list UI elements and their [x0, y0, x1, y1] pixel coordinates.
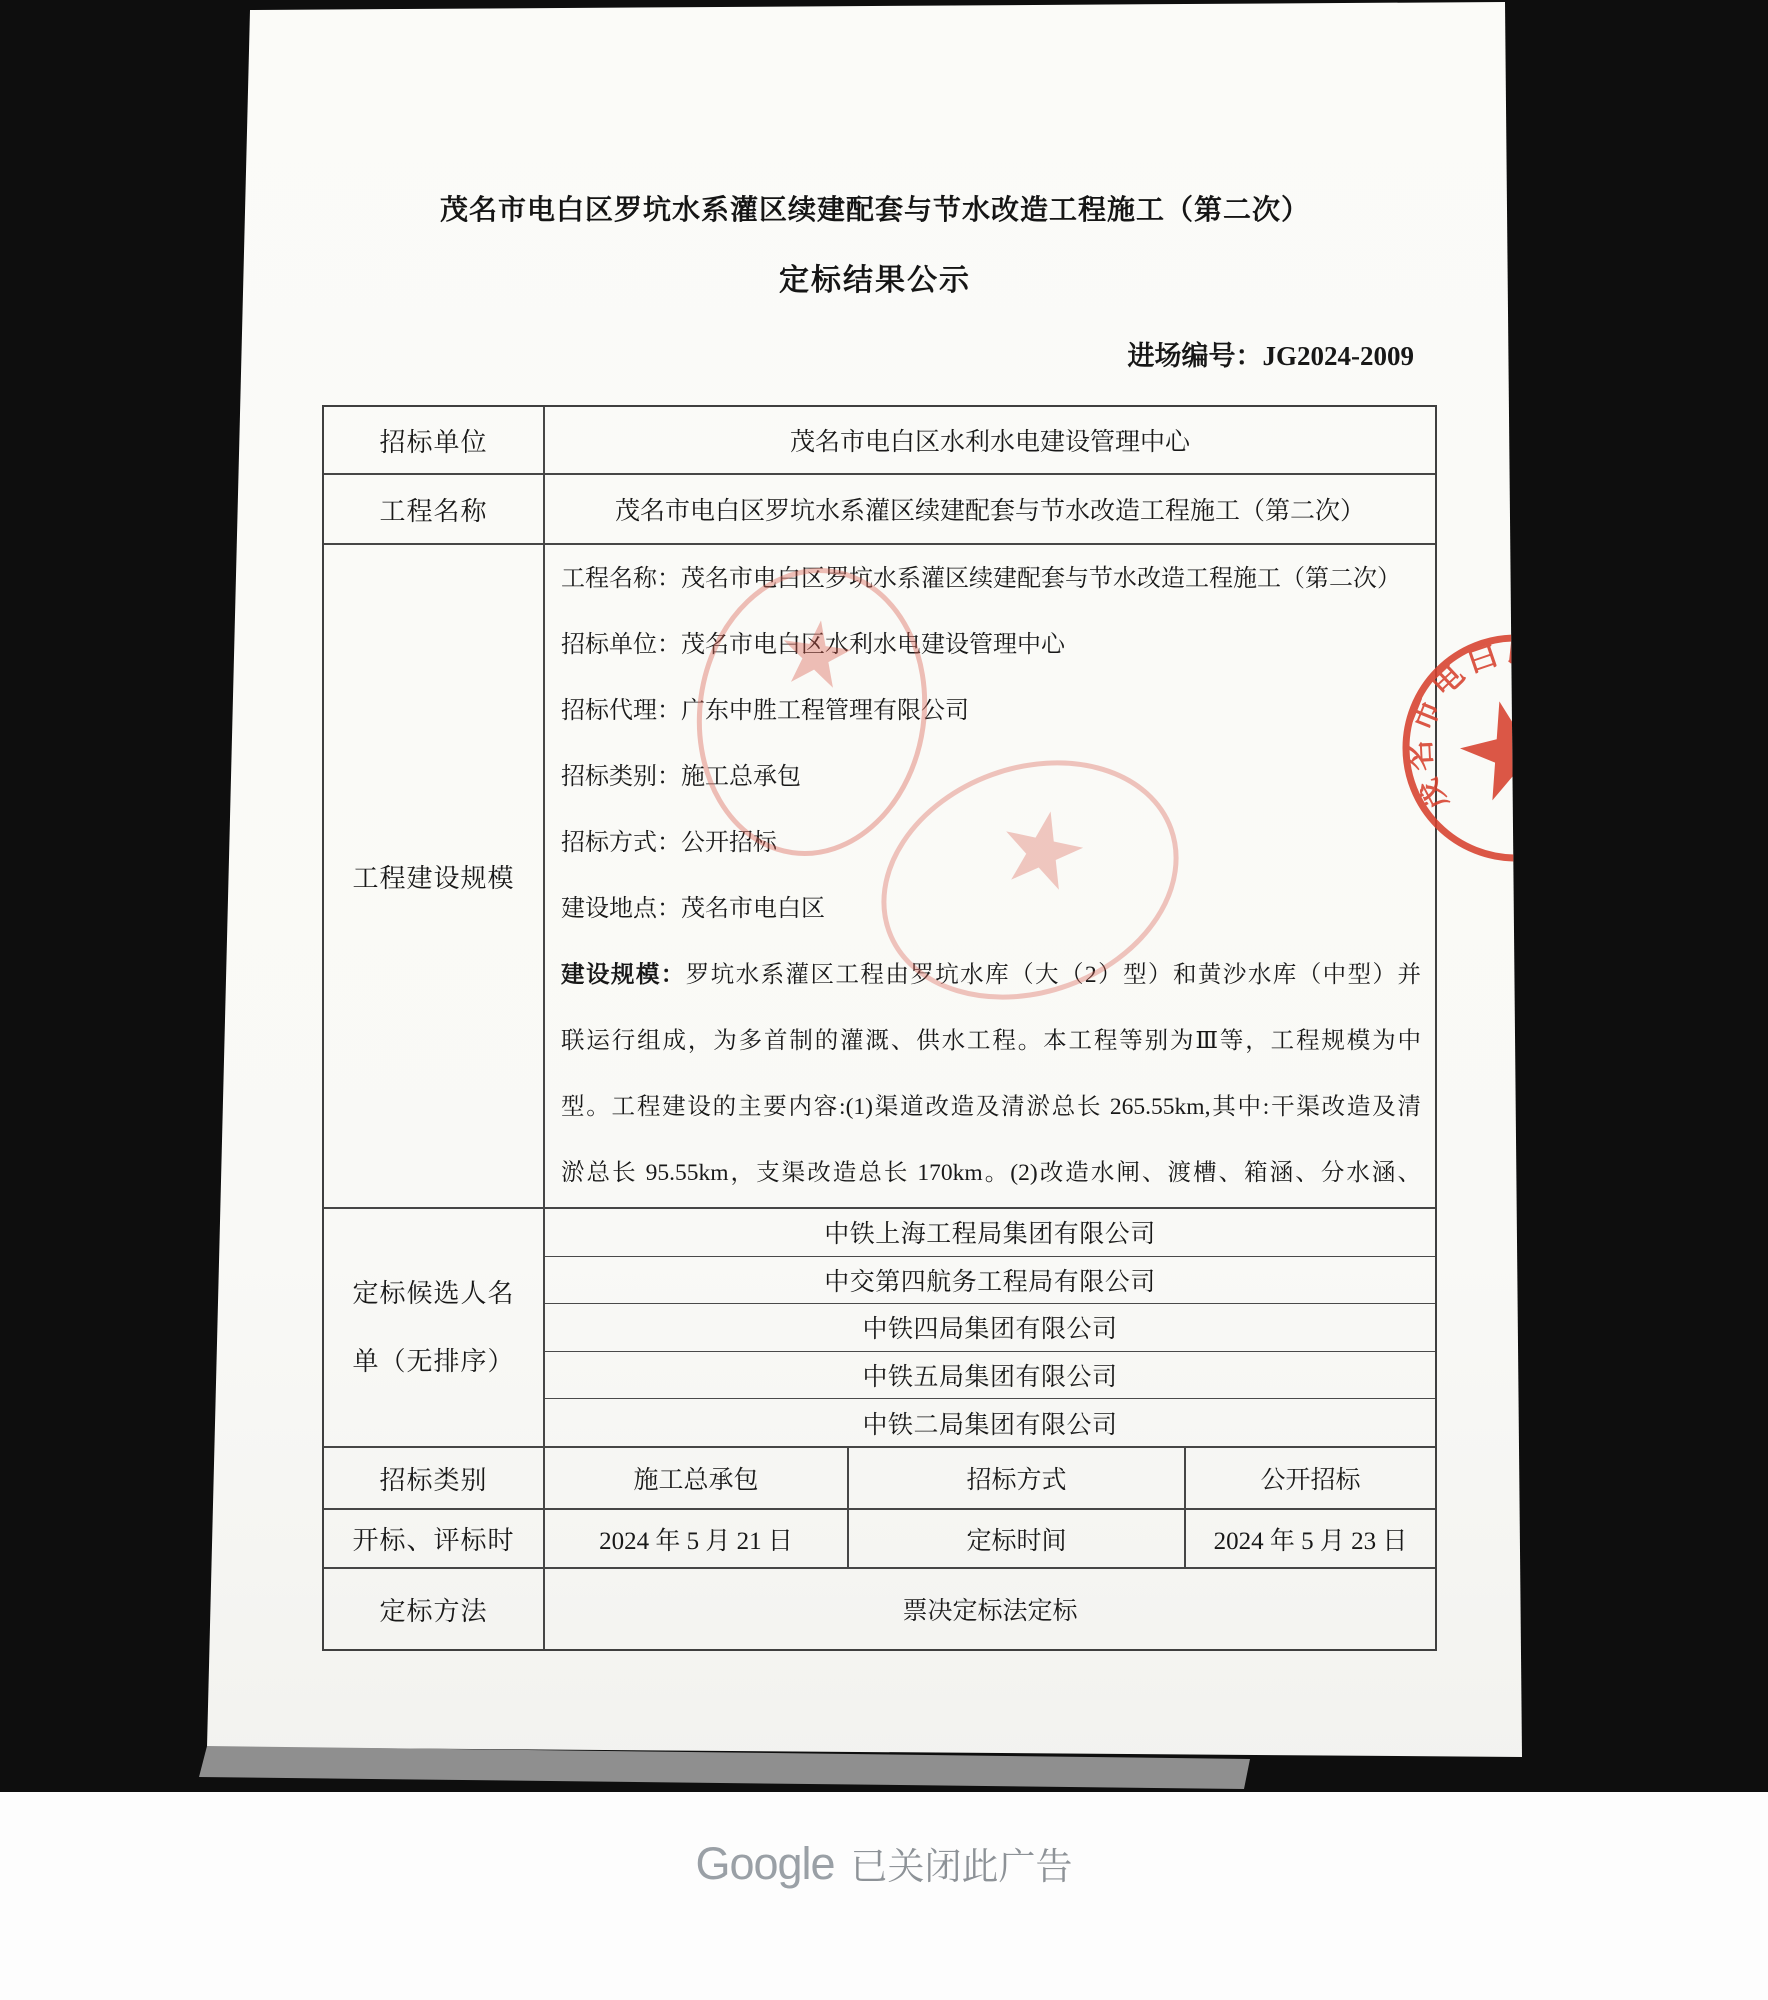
scale-paragraph-line: 建设规模：罗坑水系灌区工程由罗坑水库（大（2）型）和黄沙水库（中型）并	[561, 942, 1421, 1008]
scale-details: 工程名称：茂名市电白区罗坑水系灌区续建配套与节水改造工程施工（第二次） 招标单位…	[543, 545, 1435, 1207]
ad-closed-notice: Google 已关闭此广告	[0, 1836, 1768, 1906]
scale-info-line: 工程名称：茂名市电白区罗坑水系灌区续建配套与节水改造工程施工（第二次）	[561, 546, 1421, 612]
award-date-label: 定标时间	[847, 1510, 1184, 1567]
scale-info-line: 招标类别：施工总承包	[561, 744, 1421, 810]
table-row: 招标单位 茂名市电白区水利水电建设管理中心	[324, 407, 1435, 473]
table-row: 工程名称 茂名市电白区罗坑水系灌区续建配套与节水改造工程施工（第二次）	[324, 473, 1435, 543]
open-bid-date-value: 2024 年 5 月 21 日	[543, 1510, 847, 1567]
bid-method-label: 招标方式	[847, 1448, 1184, 1508]
scale-info-line: 招标代理：广东中胜工程管理有限公司	[561, 678, 1421, 744]
bid-unit-label: 招标单位	[324, 407, 543, 473]
scale-info-line: 招标方式：公开招标	[561, 810, 1421, 876]
candidate-company: 中铁四局集团有限公司	[545, 1303, 1435, 1351]
table-row: 招标类别 施工总承包 招标方式 公开招标	[324, 1446, 1435, 1508]
table-row: 定标方法 票决定标法定标	[324, 1567, 1435, 1649]
document-title-line2: 定标结果公示	[280, 260, 1470, 302]
category-label: 招标类别	[324, 1448, 543, 1508]
google-logo-text: Google	[695, 1838, 834, 1890]
candidate-company: 中铁上海工程局集团有限公司	[545, 1209, 1435, 1256]
scale-bold-lead: 建设规模：	[561, 962, 686, 988]
document-title-line1: 茂名市电白区罗坑水系灌区续建配套与节水改造工程施工（第二次）	[280, 190, 1470, 230]
category-value: 施工总承包	[543, 1448, 847, 1508]
candidate-company: 中铁二局集团有限公司	[545, 1398, 1435, 1446]
tender-result-table: 招标单位 茂名市电白区水利水电建设管理中心 工程名称 茂名市电白区罗坑水系灌区续…	[322, 405, 1437, 1651]
project-name-label: 工程名称	[324, 475, 543, 543]
scale-info-line: 建设地点：茂名市电白区	[561, 876, 1421, 942]
project-name-value: 茂名市电白区罗坑水系灌区续建配套与节水改造工程施工（第二次）	[543, 475, 1435, 543]
candidates-label-line1: 定标候选人名	[352, 1276, 514, 1312]
bid-unit-value: 茂名市电白区水利水电建设管理中心	[543, 407, 1435, 473]
bid-method-value: 公开招标	[1184, 1448, 1435, 1508]
candidate-company: 中铁五局集团有限公司	[545, 1351, 1435, 1399]
document-content: 茂名市电白区罗坑水系灌区续建配套与节水改造工程施工（第二次） 定标结果公示 进场…	[0, 0, 1768, 1792]
method-value: 票决定标法定标	[543, 1569, 1435, 1649]
table-row: 工程建设规模 工程名称：茂名市电白区罗坑水系灌区续建配套与节水改造工程施工（第二…	[324, 543, 1435, 1207]
candidate-company: 中交第四航务工程局有限公司	[545, 1256, 1435, 1304]
table-row-candidates: 定标候选人名 单（无排序） 中铁上海工程局集团有限公司 中交第四航务工程局有限公…	[324, 1207, 1435, 1446]
award-date-value: 2024 年 5 月 23 日	[1184, 1510, 1435, 1567]
method-label: 定标方法	[324, 1569, 543, 1649]
entry-number: 进场编号：JG2024-2009	[322, 336, 1414, 376]
table-row: 开标、评标时 2024 年 5 月 21 日 定标时间 2024 年 5 月 2…	[324, 1508, 1435, 1567]
ad-closed-message: 已关闭此广告	[851, 1836, 1073, 1890]
candidates-label-line2: 单（无排序）	[352, 1344, 514, 1380]
scale-info-line: 招标单位：茂名市电白区水利水电建设管理中心	[561, 612, 1421, 678]
candidates-list: 中铁上海工程局集团有限公司 中交第四航务工程局有限公司 中铁四局集团有限公司 中…	[543, 1209, 1435, 1446]
scale-label: 工程建设规模	[324, 545, 543, 1207]
open-bid-date-label: 开标、评标时	[324, 1510, 543, 1567]
page: 茂名市电白区罗坑水系灌区续建配套与节水改造工程施工（第二次） 定标结果公示 进场…	[0, 0, 1768, 2000]
candidates-label: 定标候选人名 单（无排序）	[324, 1209, 543, 1446]
scale-paragraph-line: 型。工程建设的主要内容:(1)渠道改造及清淤总长 265.55km,其中:干渠改…	[561, 1074, 1421, 1140]
scale-paragraph-line: 联运行组成，为多首制的灌溉、供水工程。本工程等别为Ⅲ等，工程规模为中	[561, 1008, 1421, 1074]
scale-paragraph-line: 淤总长 95.55km，支渠改造总长 170km。(2)改造水闸、渡槽、箱涵、分…	[561, 1140, 1421, 1206]
